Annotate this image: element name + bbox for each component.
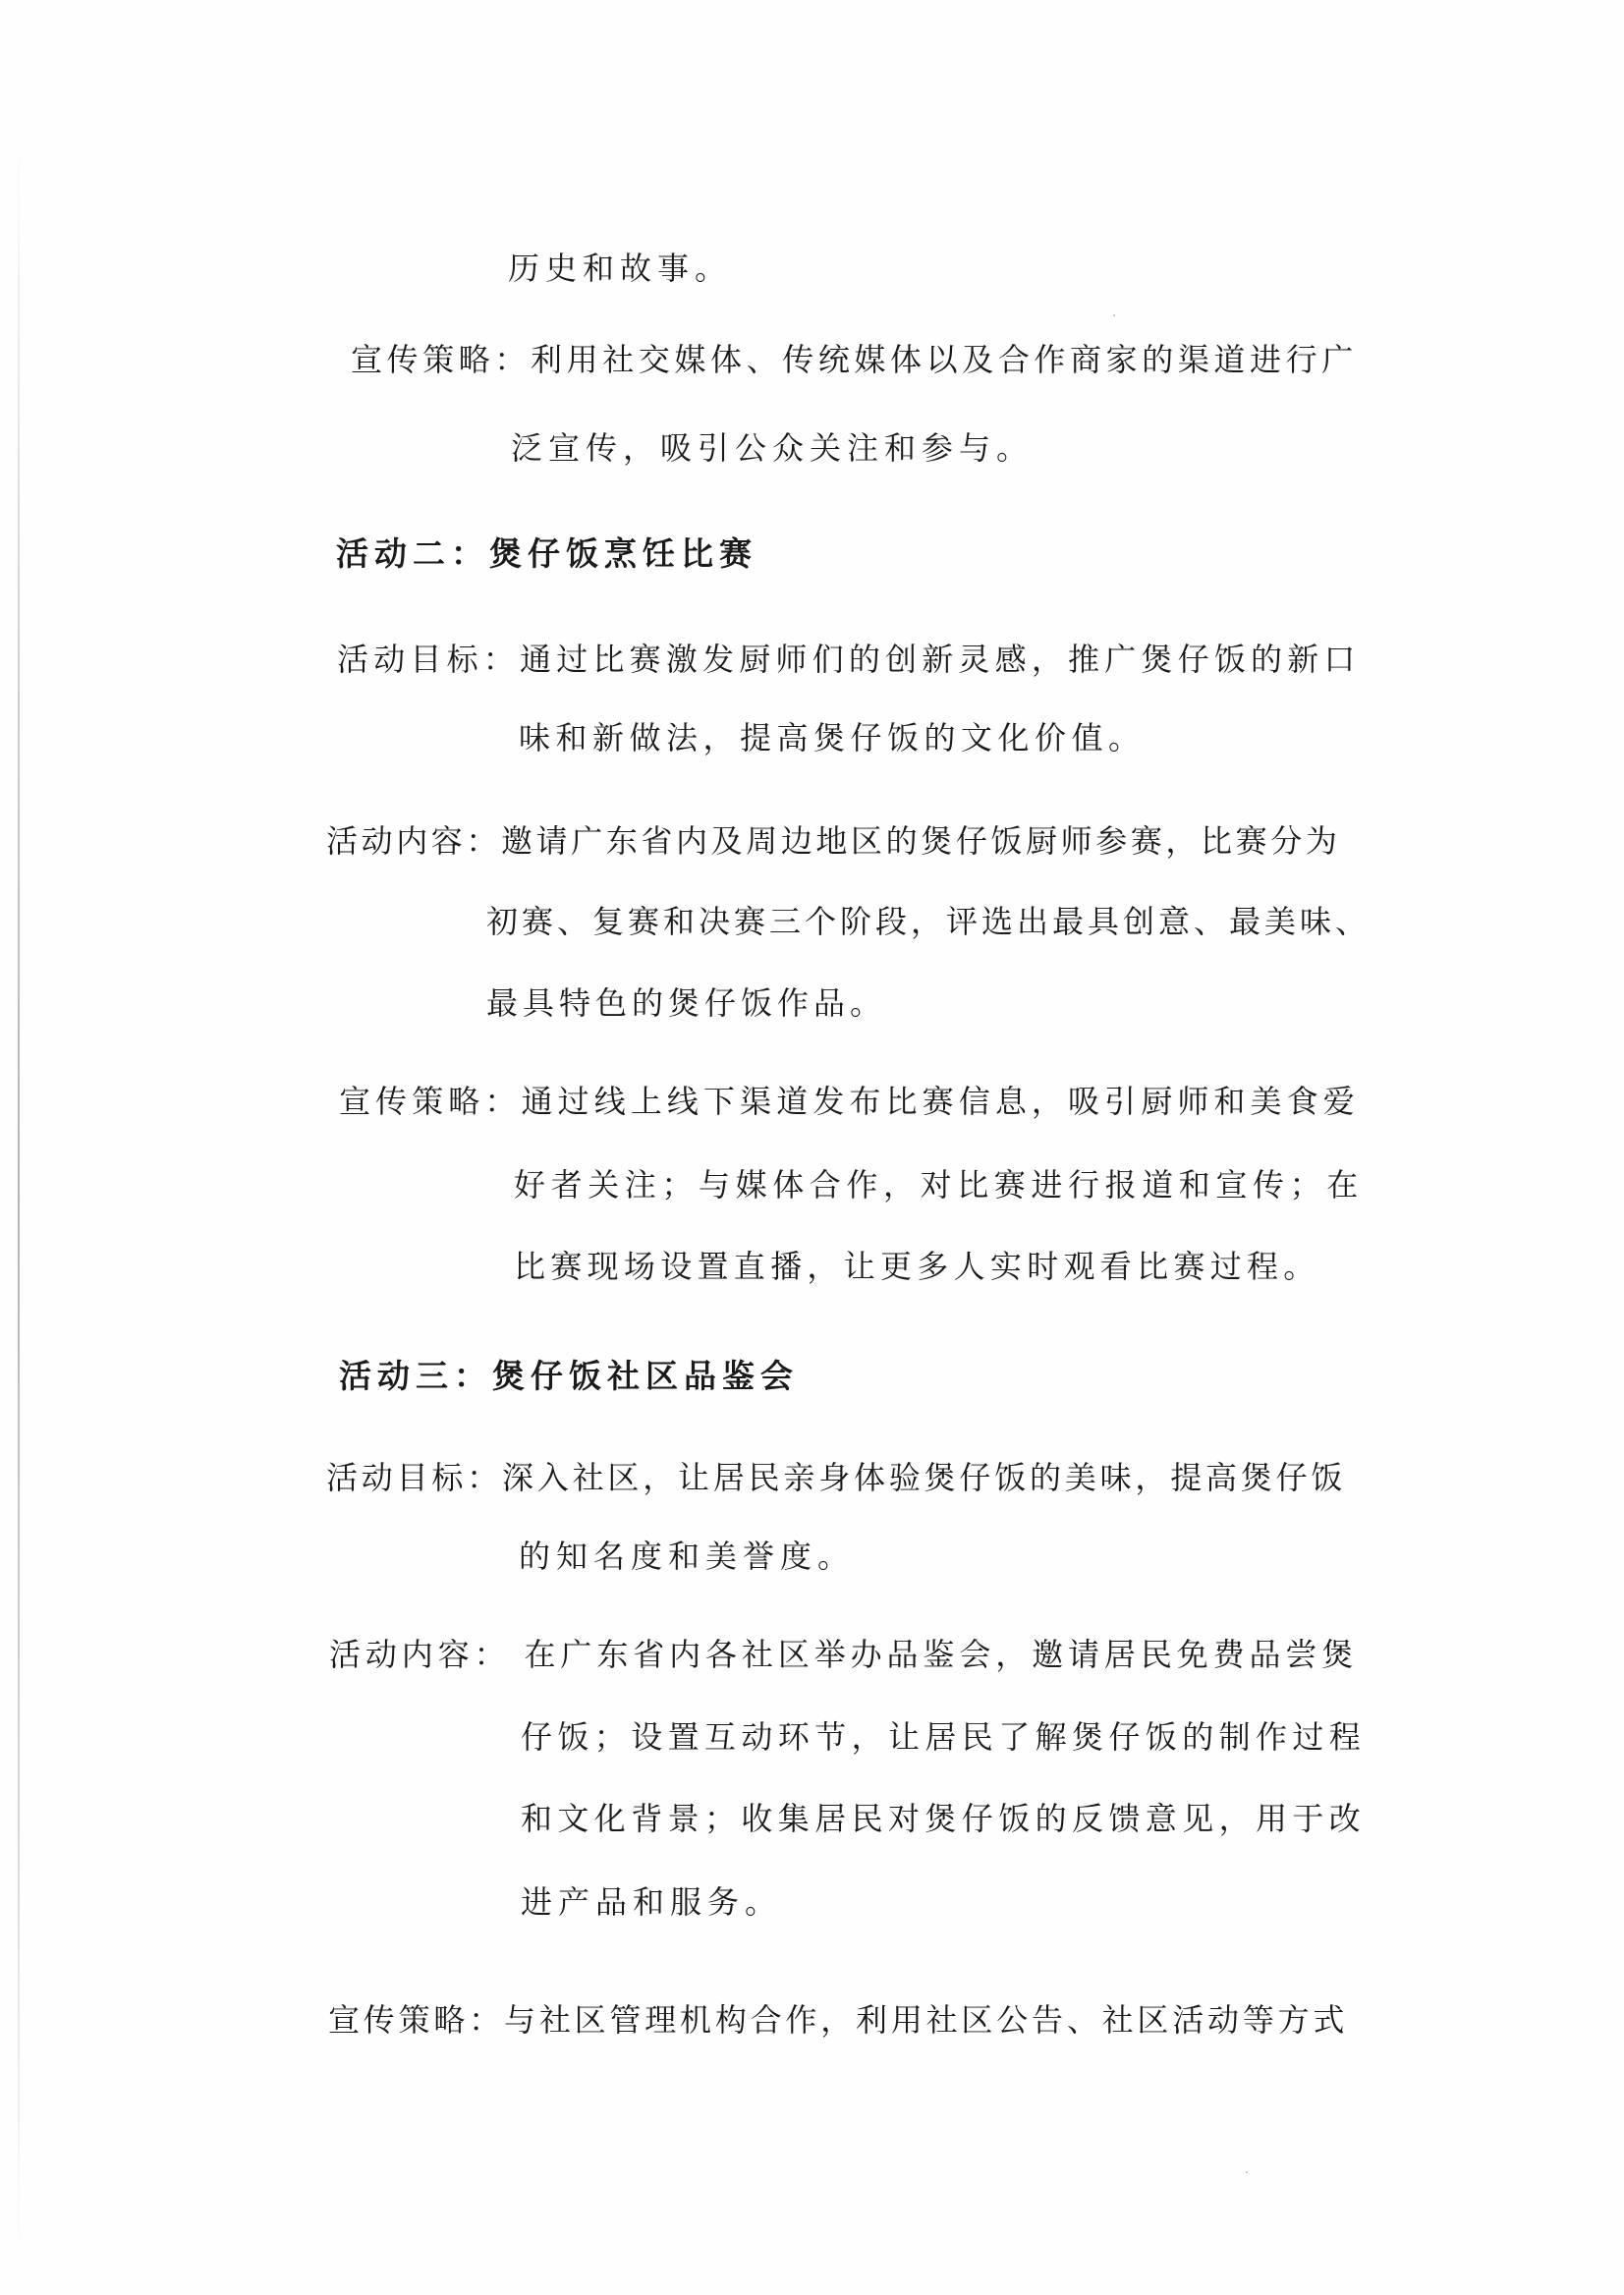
- text-line: 味和新做法，提高煲仔饭的文化价值。: [519, 720, 1146, 756]
- heading-text: 活动二：煲仔饭烹饪比赛: [336, 534, 757, 573]
- line-text: 仔饭；设置互动环节，让居民了解煲仔饭的制作过程: [521, 1718, 1366, 1756]
- text-line: 泛宣传，吸引公众关注和参与。: [511, 430, 1034, 466]
- text-line: 活动内容：在广东省内各社区举办品鉴会，邀请居民免费品尝煲: [329, 1637, 1358, 1672]
- heading-text: 活动三：煲仔饭社区品鉴会: [339, 1357, 799, 1395]
- text-line: 最具特色的煲仔饭作品。: [486, 985, 886, 1021]
- scan-edge-artifact: [18, 138, 20, 2260]
- text-line: 活动内容：邀请广东省内及周边地区的煲仔饭厨师参赛，比赛分为: [326, 823, 1340, 859]
- scanned-page: 历史和故事。 宣传策略：利用社交媒体、传统媒体以及合作商家的渠道进行广 泛宣传，…: [0, 0, 1624, 2295]
- section-heading-activity-2: 活动二：煲仔饭烹饪比赛: [336, 536, 757, 572]
- line-text: 好者关注；与媒体合作，对比赛进行报道和宣传；在: [514, 1166, 1364, 1203]
- section-heading-activity-3: 活动三：煲仔饭社区品鉴会: [339, 1359, 799, 1394]
- field-label-publicity: 宣传策略：: [339, 1083, 522, 1120]
- line-text: 进产品和服务。: [521, 1883, 782, 1921]
- field-label-publicity: 宣传策略：: [351, 341, 531, 378]
- text-line: 仔饭；设置互动环节，让居民了解煲仔饭的制作过程: [521, 1719, 1366, 1755]
- line-text: 通过线上线下渠道发布比赛信息，吸引厨师和美食爱: [522, 1083, 1360, 1120]
- line-text: 在广东省内各社区举办品鉴会，邀请居民免费品尝煲: [525, 1636, 1359, 1673]
- line-text: 历史和故事。: [508, 250, 732, 287]
- line-text: 的知名度和美誉度。: [519, 1538, 855, 1575]
- line-text: 泛宣传，吸引公众关注和参与。: [511, 429, 1034, 467]
- field-label-content: 活动内容：: [329, 1636, 511, 1673]
- scan-speck: [1246, 2171, 1248, 2173]
- scan-speck: [1113, 314, 1115, 316]
- field-label-goal: 活动目标：: [337, 641, 520, 678]
- field-label-goal: 活动目标：: [326, 1459, 502, 1496]
- text-line: 宣传策略：通过线上线下渠道发布比赛信息，吸引厨师和美食爱: [339, 1084, 1360, 1119]
- text-line: 初赛、复赛和决赛三个阶段，评选出最具创意、最美味、: [486, 904, 1371, 939]
- text-line: 宣传策略：利用社交媒体、传统媒体以及合作商家的渠道进行广: [351, 342, 1358, 377]
- text-line: 进产品和服务。: [521, 1884, 782, 1920]
- line-text: 邀请广东省内及周边地区的煲仔饭厨师参赛，比赛分为: [501, 822, 1340, 860]
- text-line: 和文化背景；收集居民对煲仔饭的反馈意见，用于改: [521, 1801, 1366, 1836]
- line-text: 利用社交媒体、传统媒体以及合作商家的渠道进行广: [531, 341, 1358, 378]
- text-line: 好者关注；与媒体合作，对比赛进行报道和宣传；在: [514, 1167, 1364, 1203]
- field-label-content: 活动内容：: [326, 822, 501, 860]
- text-line: 宣传策略：与社区管理机构合作，利用社区公告、社区活动等方式: [328, 2002, 1348, 2038]
- line-text: 比赛现场设置直播，让更多人实时观看比赛过程。: [514, 1248, 1320, 1285]
- text-line: 活动目标：通过比赛激发厨师们的创新灵感，推广煲仔饭的新口: [337, 642, 1361, 677]
- text-line: 活动目标：深入社区，让居民亲身体验煲仔饭的美味，提高煲仔饭: [326, 1460, 1346, 1495]
- field-label-publicity: 宣传策略：: [328, 2001, 504, 2039]
- line-text: 味和新做法，提高煲仔饭的文化价值。: [519, 719, 1146, 756]
- line-text: 与社区管理机构合作，利用社区公告、社区活动等方式: [504, 2001, 1348, 2039]
- line-text: 和文化背景；收集居民对煲仔饭的反馈意见，用于改: [521, 1800, 1366, 1837]
- line-text: 最具特色的煲仔饭作品。: [486, 984, 886, 1022]
- line-text: 通过比赛激发厨师们的创新灵感，推广煲仔饭的新口: [520, 641, 1361, 678]
- text-line: 的知名度和美誉度。: [519, 1539, 855, 1574]
- text-line: 比赛现场设置直播，让更多人实时观看比赛过程。: [514, 1249, 1320, 1284]
- line-text: 深入社区，让居民亲身体验煲仔饭的美味，提高煲仔饭: [502, 1459, 1346, 1496]
- text-line: 历史和故事。: [508, 251, 732, 286]
- line-text: 初赛、复赛和决赛三个阶段，评选出最具创意、最美味、: [486, 903, 1371, 940]
